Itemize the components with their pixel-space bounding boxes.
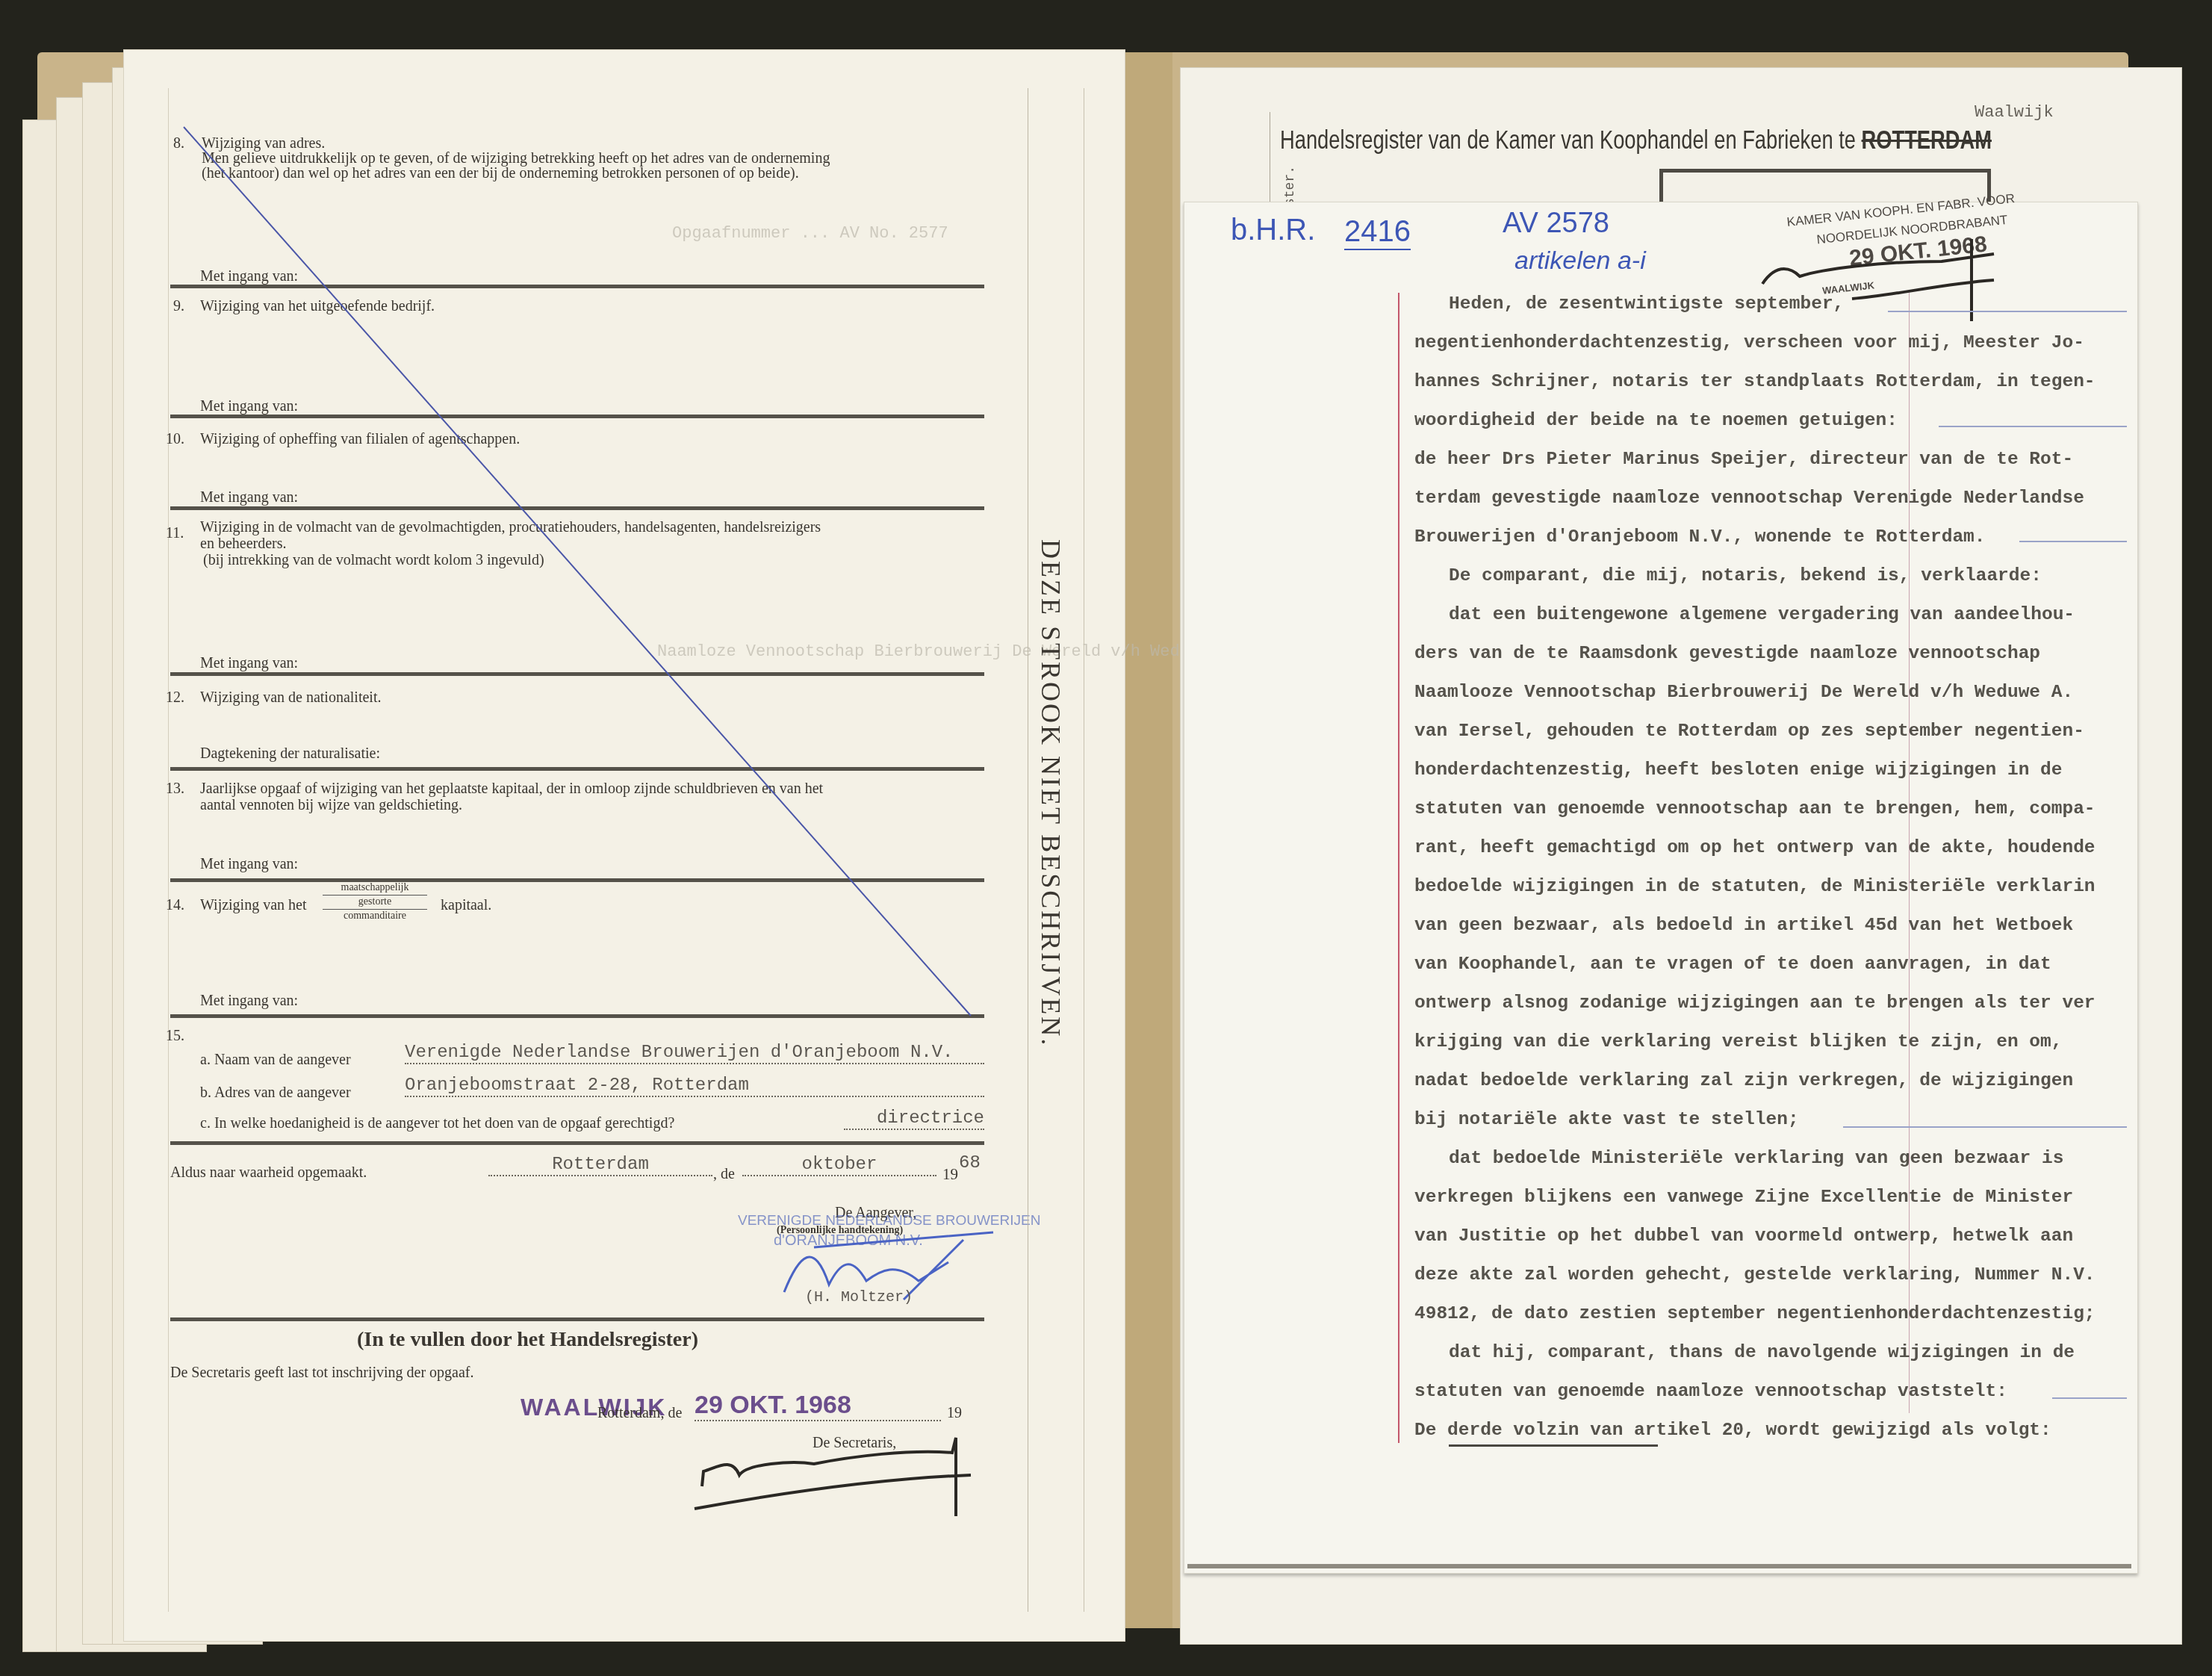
secretary-signature-icon <box>687 1434 1001 1524</box>
registry-instruction: De Secretaris geeft last tot inschrijvin… <box>170 1364 474 1382</box>
deed-line: nadat bedoelde verklaring zal zijn verkr… <box>1414 1071 2073 1092</box>
deed-line: statuten van genoemde naamloze vennootsc… <box>1414 1382 2007 1403</box>
signoff-year-suffix[interactable]: 68 <box>959 1153 981 1173</box>
deed-line: bij notariële akte vast te stellen; <box>1414 1110 1799 1131</box>
deed-line: De comparant, die mij, notaris, bekend i… <box>1449 566 2042 587</box>
deed-line: deze akte zal worden gehecht, gestelde v… <box>1414 1265 2096 1286</box>
deed-line: krijging van die verklaring vereist blij… <box>1414 1032 2062 1053</box>
registry-year-prefix: 19 <box>947 1404 962 1422</box>
strike-through-line-icon <box>0 0 1046 1046</box>
fill-rule <box>1939 426 2127 427</box>
declarant-address-field[interactable]: Oranjeboomstraat 2-28, Rotterdam <box>405 1076 984 1097</box>
deed-line: dat bedoelde Ministeriële verklaring van… <box>1449 1149 2063 1170</box>
deed-line: ontwerp alsnog zodanige wijzigingen aan … <box>1414 993 2096 1014</box>
deed-line: de heer Drs Pieter Marinus Speijer, dire… <box>1414 450 2073 471</box>
handwritten-ref-articles: artikelen a-i <box>1514 246 1646 276</box>
divider <box>170 1317 984 1321</box>
deed-line: Brouwerijen d'Oranjeboom N.V., wonende t… <box>1414 527 1986 548</box>
deed-line: verkregen blijkens een vanwege Zijne Exc… <box>1414 1188 2073 1208</box>
declarant-name-label: a. Naam van de aangever <box>200 1051 351 1069</box>
signoff-year-prefix: 19 <box>942 1165 958 1183</box>
divider <box>170 1141 984 1145</box>
deed-line: hannes Schrijner, notaris ter standplaat… <box>1414 372 2096 393</box>
underline-mark <box>1449 1444 1658 1447</box>
signer-name: (H. Moltzer) <box>805 1289 913 1306</box>
declarant-address-label: b. Adres van de aangever <box>200 1084 351 1102</box>
deed-line: statuten van genoemde vennootschap aan t… <box>1414 799 2096 820</box>
do-not-write-strip: DEZE STROOK NIET BESCHRIJVEN. <box>1035 539 1066 1047</box>
corner-note: Waalwijk <box>1975 103 2054 122</box>
deed-line: bedoelde wijzigingen in de statuten, de … <box>1414 877 2096 898</box>
deed-line: van Justitie op het dubbel van voormeld … <box>1414 1226 2073 1247</box>
deed-line: honderdachtenzestig, heeft besloten enig… <box>1414 760 2062 781</box>
handwritten-ref-number: 2416 <box>1344 215 1411 250</box>
deed-line: rant, heeft gemachtigd om op het ontwerp… <box>1414 838 2096 859</box>
deed-line: 49812, de dato zestien september negenti… <box>1414 1304 2096 1325</box>
deed-line: woordigheid der beide na te noemen getui… <box>1414 411 1898 432</box>
registry-header-text: Handelsregister van de Kamer van Koophan… <box>1280 125 1856 155</box>
registry-header-city: ROTTERDAM <box>1862 125 1992 155</box>
fill-rule <box>2019 541 2127 542</box>
deed-line: ders van de te Raamsdonk gevestigde naam… <box>1414 644 2040 665</box>
signoff-month-field[interactable]: oktober <box>742 1155 936 1176</box>
registry-date-stamp[interactable]: 29 OKT. 1968 <box>695 1391 941 1421</box>
signoff-label: Aldus naar waarheid opgemaakt. <box>170 1164 367 1182</box>
registry-header: Handelsregister van de Kamer van Koophan… <box>1280 125 1992 155</box>
deed-line: De derde volzin van artikel 20, wordt ge… <box>1414 1421 2051 1441</box>
fill-rule <box>1843 1126 2127 1128</box>
deed-line: Naamlooze Vennootschap Bierbrouwerij De … <box>1414 683 2073 704</box>
fill-rule <box>1888 311 2127 312</box>
deed-line: van geen bezwaar, als bedoeld in artikel… <box>1414 916 2073 937</box>
declarant-name-field[interactable]: Verenigde Nederlandse Brouwerijen d'Oran… <box>405 1043 984 1064</box>
signoff-de: , de <box>713 1165 735 1183</box>
registry-place-printed: Rotterdam, de <box>597 1404 682 1422</box>
deed-line: terdam gevestigde naamloze vennootschap … <box>1414 488 2084 509</box>
deed-line: dat een buitengewone algemene vergaderin… <box>1449 605 2075 626</box>
deed-line: van Iersel, gehouden te Rotterdam op zes… <box>1414 721 2084 742</box>
signoff-place-field[interactable]: Rotterdam <box>488 1155 712 1176</box>
deed-line: dat hij, comparant, thans de navolgende … <box>1449 1343 2075 1364</box>
binder-spine <box>1120 52 1172 1628</box>
handwritten-ref-bhr: b.H.R. <box>1231 214 1315 247</box>
handwritten-ref-av: AV 2578 <box>1503 208 1609 240</box>
deed-line: negentienhonderdachtenzestig, verscheen … <box>1414 333 2084 354</box>
deed-line: Heden, de zesentwintigste september, <box>1449 294 1844 315</box>
strip-border <box>1028 88 1028 1612</box>
declarant-capacity-label: c. In welke hoedanigheid is de aangever … <box>200 1114 674 1132</box>
margin-line-left <box>1398 293 1399 1443</box>
fill-rule <box>2052 1397 2127 1399</box>
registry-heading: (In te vullen door het Handelsregister) <box>357 1331 698 1349</box>
deed-line: van Koophandel, aan te vragen of te doen… <box>1414 955 2051 975</box>
declarant-capacity-field[interactable]: directrice <box>844 1108 984 1130</box>
page-bottom-edge <box>1187 1564 2131 1568</box>
header-margin-line <box>1270 112 1270 202</box>
